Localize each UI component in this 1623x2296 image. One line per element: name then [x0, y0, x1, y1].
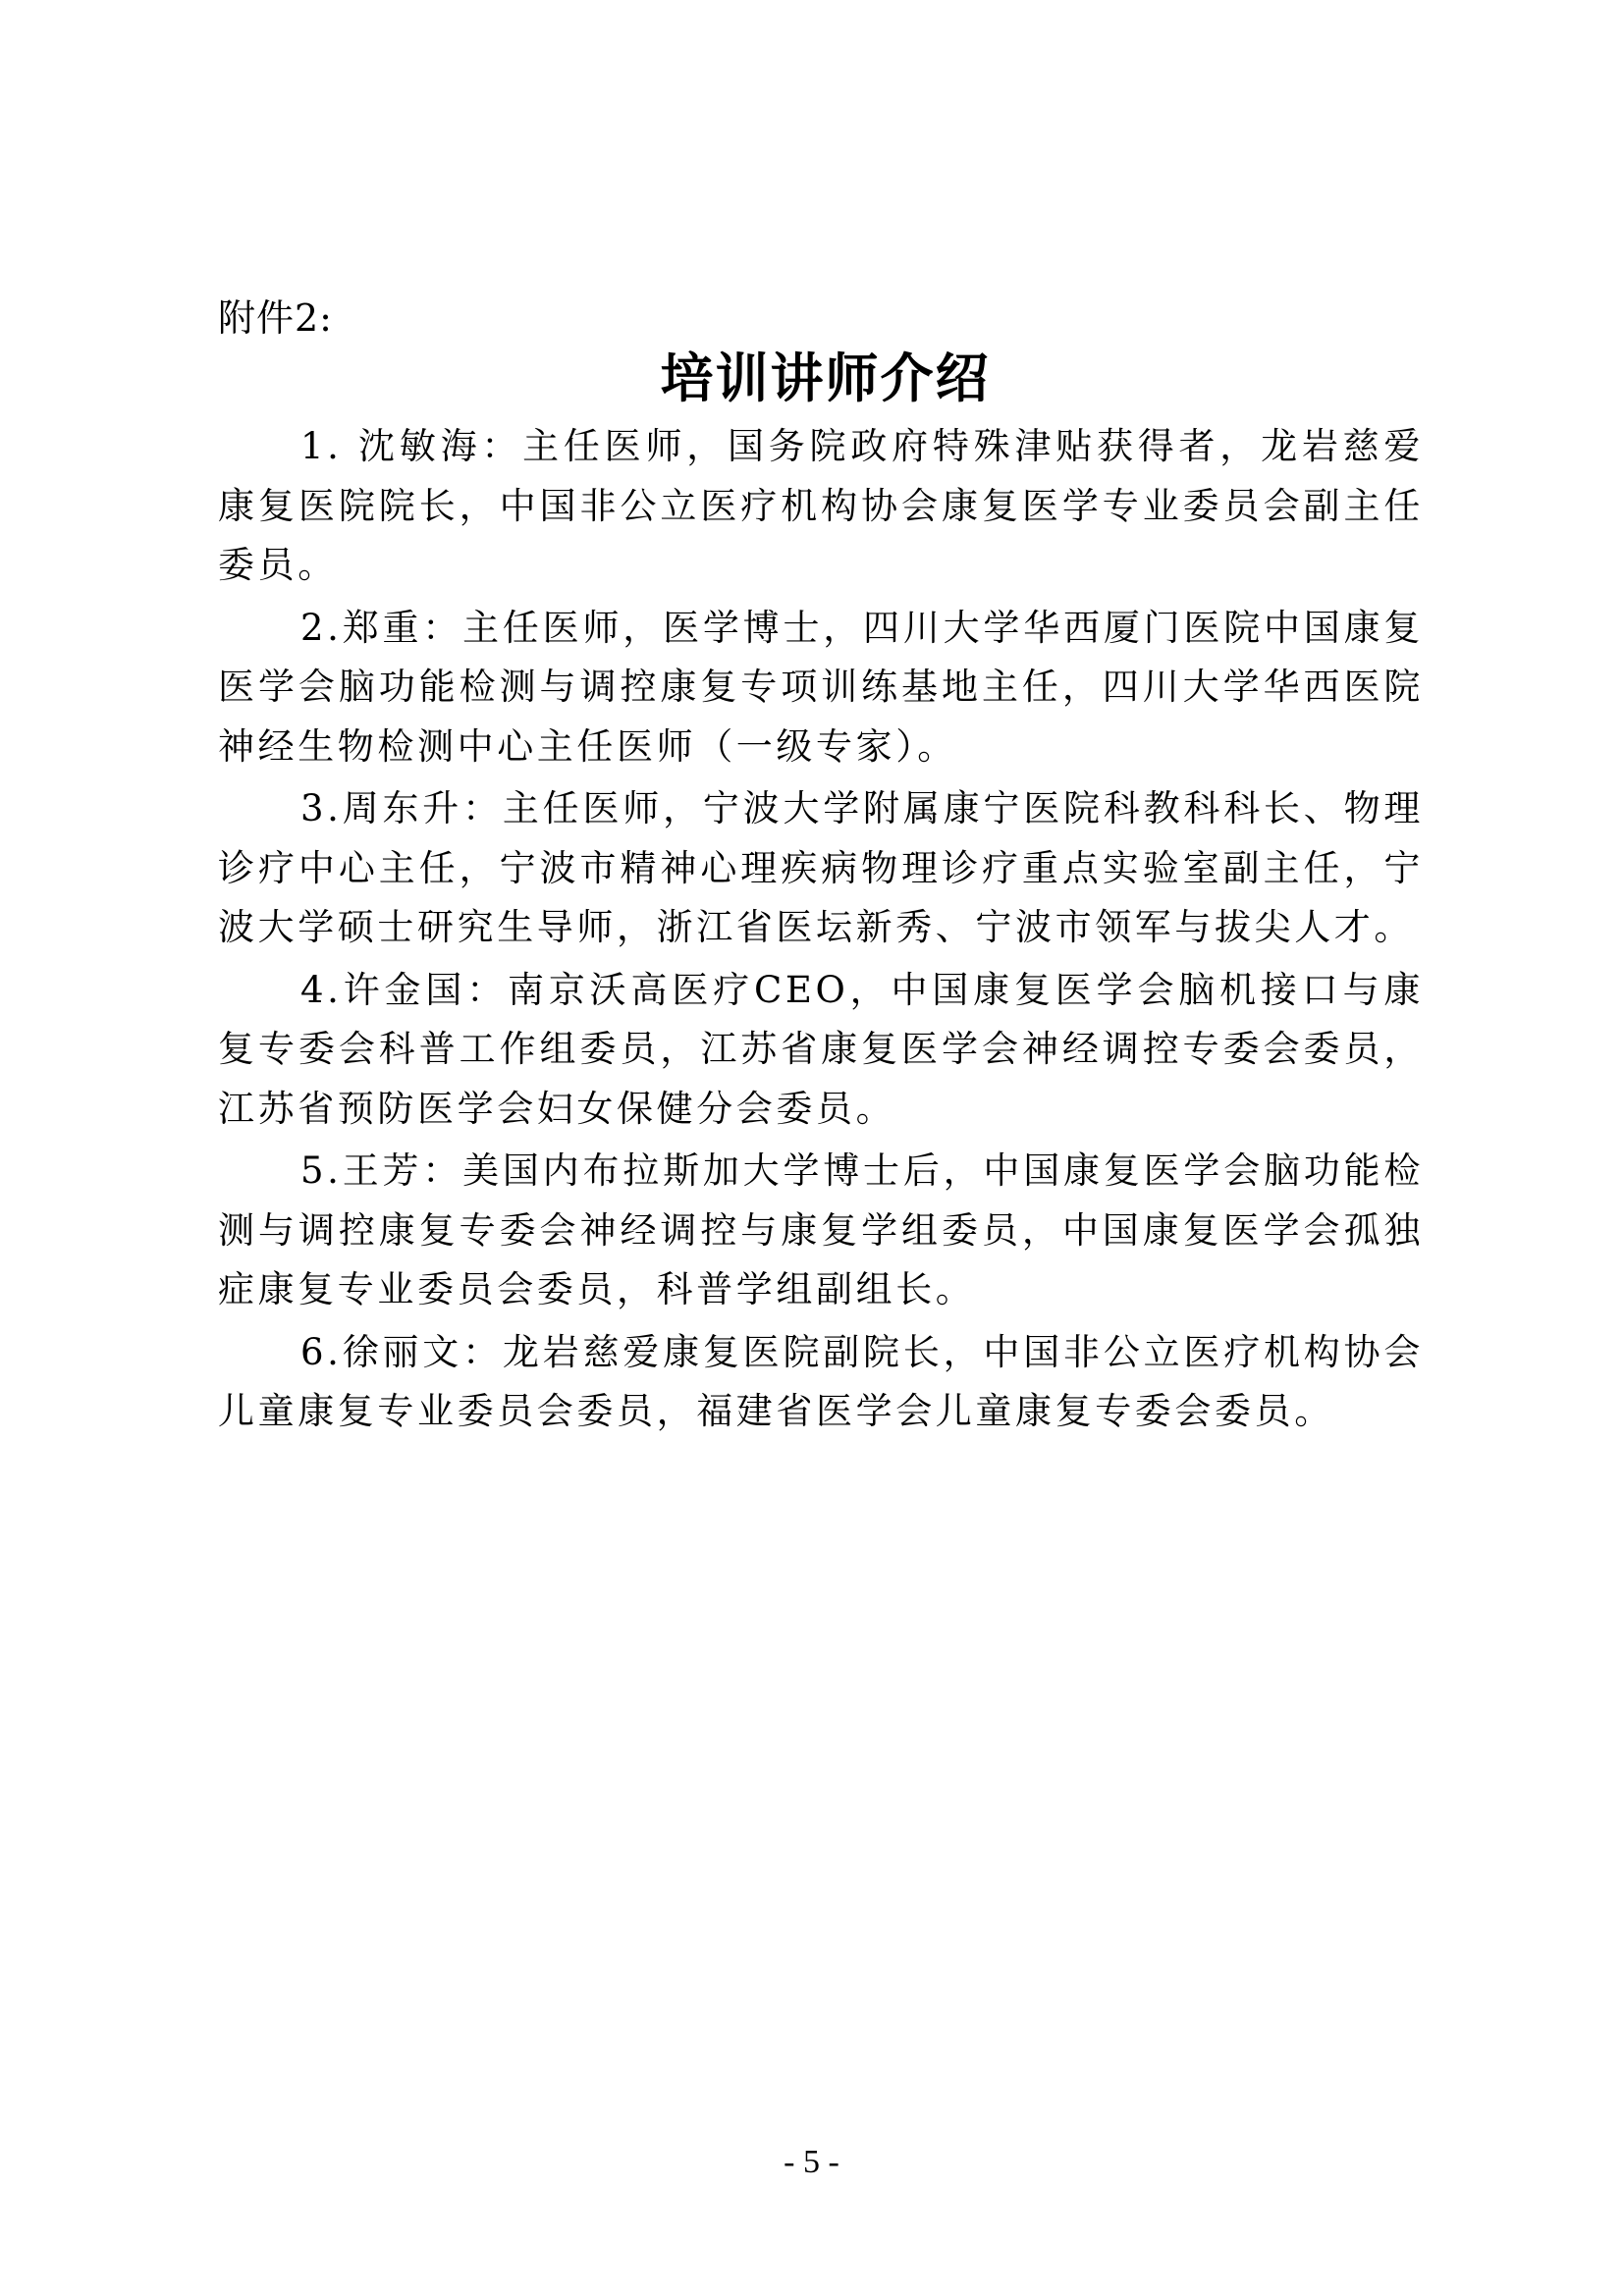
- attachment-label: 附件2:: [218, 294, 333, 342]
- lecturer-entry-5: 5.王芳：美国内布拉斯加大学博士后，中国康复医学会脑功能检测与调控康复专委会神经…: [218, 1142, 1424, 1320]
- lecturer-entry-2: 2.郑重：主任医师，医学博士，四川大学华西厦门医院中国康复医学会脑功能检测与调控…: [218, 599, 1424, 777]
- document-page: 附件2: 培训讲师介绍 1. 沈敏海：主任医师，国务院政府特殊津贴获得者，龙岩慈…: [0, 0, 1623, 2296]
- lecturer-entry-4: 4.许金国：南京沃高医疗CEO，中国康复医学会脑机接口与康复专委会科普工作组委员…: [218, 961, 1424, 1140]
- lecturer-entry-6: 6.徐丽文：龙岩慈爱康复医院副院长，中国非公立医疗机构协会儿童康复专业委员会委员…: [218, 1323, 1424, 1442]
- lecturer-list: 1. 沈敏海：主任医师，国务院政府特殊津贴获得者，龙岩慈爱康复医院院长，中国非公…: [218, 417, 1424, 1445]
- document-title: 培训讲师介绍: [0, 346, 1623, 412]
- lecturer-entry-1: 1. 沈敏海：主任医师，国务院政府特殊津贴获得者，龙岩慈爱康复医院院长，中国非公…: [218, 417, 1424, 596]
- lecturer-entry-3: 3.周东升：主任医师，宁波大学附属康宁医院科教科科长、物理诊疗中心主任，宁波市精…: [218, 779, 1424, 958]
- page-number: - 5 -: [0, 2143, 1623, 2182]
